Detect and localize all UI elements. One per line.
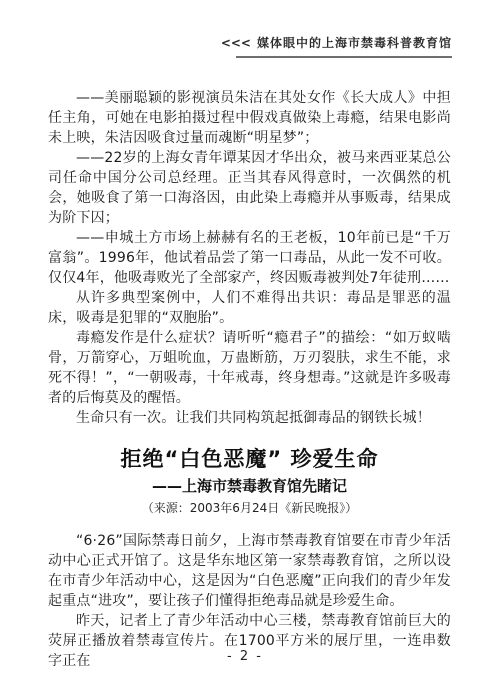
document-page: <<<媒体眼中的上海市禁毒科普教育馆 ——美丽聪颖的影视演员朱洁在其处女作《长大… bbox=[0, 0, 490, 699]
lead-paragraph: 从许多典型案例中，人们不难得出共识：毒品是罪恶的温床，吸毒是犯罪的“双胞胎”。 bbox=[48, 288, 451, 328]
lead-paragraph: ——申城土方市场上赫赫有名的王老板，10年前已是“千万富翁”。1996年，他试着… bbox=[48, 228, 451, 288]
running-head: <<<媒体眼中的上海市禁毒科普教育馆 bbox=[221, 34, 452, 58]
page-number: - 2 - bbox=[0, 649, 490, 664]
article-source: （来源：2003年6月24日《新民晚报》） bbox=[48, 499, 451, 518]
text-column: ——美丽聪颖的影视演员朱洁在其处女作《长大成人》中担任主角，可她在电影拍摄过程中… bbox=[48, 88, 451, 671]
lead-paragraph: 生命只有一次。让我们共同构筑起抵御毒品的钢铁长城！ bbox=[48, 408, 451, 428]
running-head-title: 媒体眼中的上海市禁毒科普教育馆 bbox=[257, 36, 452, 50]
header-divider bbox=[236, 56, 452, 58]
running-head-text: <<<媒体眼中的上海市禁毒科普教育馆 bbox=[221, 34, 452, 51]
lead-paragraph: 毒瘾发作是什么症状？请听听“瘾君子”的描绘：“如万蚁啮骨，万箭穿心，万蛆吮血，万… bbox=[48, 328, 451, 408]
lead-paragraph: ——22岁的上海女青年谭某因才华出众，被马来西亚某总公司任命中国分公司总经理。正… bbox=[48, 148, 451, 228]
article-subtitle: ——上海市禁毒教育馆先睹记 bbox=[48, 475, 451, 497]
body-paragraph: “6·26”国际禁毒日前夕，上海市禁毒教育馆要在市青少年活动中心正式开馆了。这是… bbox=[48, 531, 451, 611]
chevrons-left-icon: <<< bbox=[221, 36, 251, 50]
lead-paragraph: ——美丽聪颖的影视演员朱洁在其处女作《长大成人》中担任主角，可她在电影拍摄过程中… bbox=[48, 88, 451, 148]
article-title: 拒绝“白色恶魔” 珍爱生命 bbox=[48, 445, 451, 474]
article-headline: 拒绝“白色恶魔” 珍爱生命 ——上海市禁毒教育馆先睹记 （来源：2003年6月2… bbox=[48, 445, 451, 518]
